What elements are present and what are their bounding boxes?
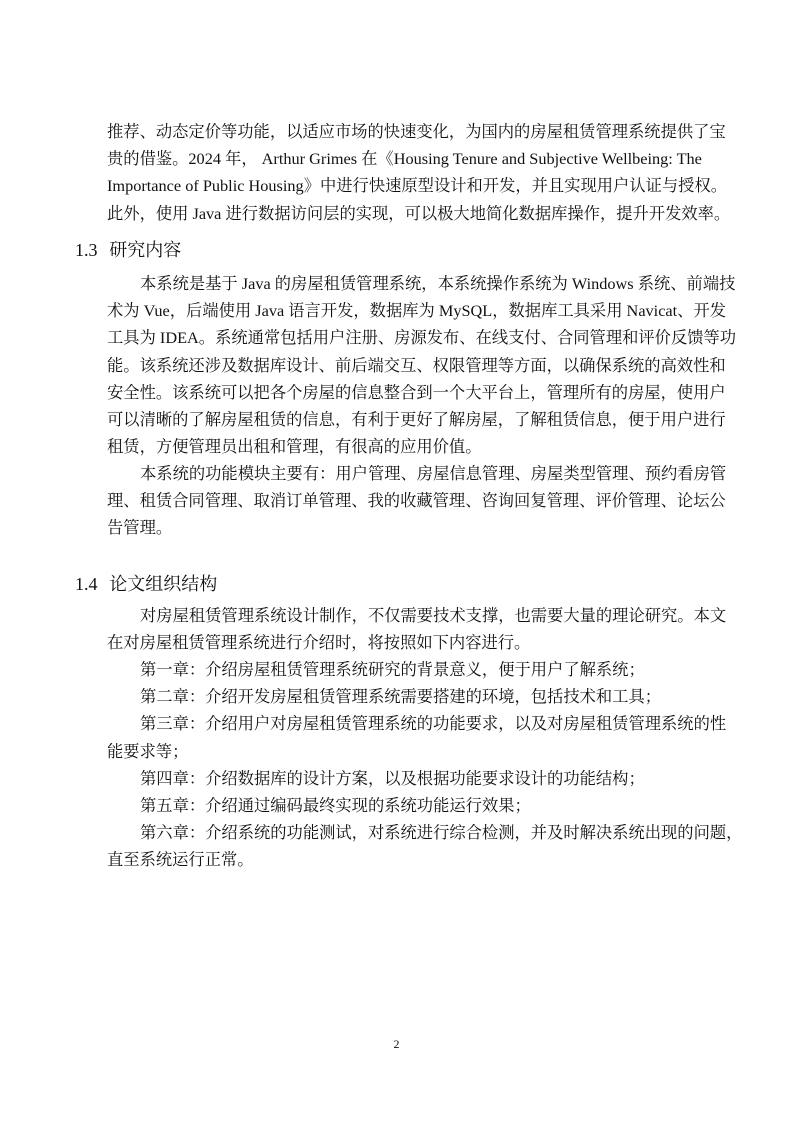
section-number: 1.4 (75, 574, 98, 594)
text-line: 能。该系统还涉及数据库设计、前后端交互、权限管理等方面，以确保系统的高效性和 (107, 352, 718, 379)
chapter-5-line: 第五章：介绍通过编码最终实现的系统功能运行效果； (107, 792, 718, 819)
text-line: 安全性。该系统可以把各个房屋的信息整合到一个大平台上，管理所有的房屋，使用户 (107, 379, 718, 406)
chapter-2-line: 第二章：介绍开发房屋租赁管理系统需要搭建的环境，包括技术和工具； (107, 683, 718, 710)
section-title: 论文组织结构 (109, 574, 217, 595)
section-1-3-paragraph-1: 本系统是基于 Java 的房屋租赁管理系统，本系统操作系统为 Windows 系… (107, 270, 718, 460)
text-line: 此外，使用 Java 进行数据访问层的实现，可以极大地简化数据库操作，提升开发效… (107, 200, 718, 227)
section-heading-1-3: 1.3 研究内容 (75, 236, 181, 262)
section-heading-1-4: 1.4 论文组织结构 (75, 570, 217, 596)
text-line: 理、租赁合同管理、取消订单管理、我的收藏管理、咨询回复管理、评价管理、论坛公 (107, 487, 718, 514)
section-1-4-intro: 对房屋租赁管理系统设计制作，不仅需要技术支撑，也需要大量的理论研究。本文 在对房… (107, 602, 718, 656)
section-number: 1.3 (75, 240, 98, 260)
text-line: 推荐、动态定价等功能，以适应市场的快速变化，为国内的房屋租赁管理系统提供了宝 (107, 118, 718, 145)
text-line: 告管理。 (107, 514, 718, 541)
intro-paragraph: 推荐、动态定价等功能，以适应市场的快速变化，为国内的房屋租赁管理系统提供了宝 贵… (107, 118, 718, 227)
text-line: 术为 Vue，后端使用 Java 语言开发，数据库为 MySQL，数据库工具采用… (107, 297, 718, 324)
text-line: 对房屋租赁管理系统设计制作，不仅需要技术支撑，也需要大量的理论研究。本文 (107, 602, 718, 629)
chapter-6-line-cont: 直至系统运行正常。 (107, 846, 718, 873)
chapter-6-line: 第六章：介绍系统的功能测试，对系统进行综合检测，并及时解决系统出现的问题， (107, 819, 718, 846)
section-1-3-paragraph-2: 本系统的功能模块主要有：用户管理、房屋信息管理、房屋类型管理、预约看房管 理、租… (107, 460, 718, 542)
section-title: 研究内容 (109, 240, 181, 261)
chapter-list: 第一章：介绍房屋租赁管理系统研究的背景意义，便于用户了解系统； 第二章：介绍开发… (107, 656, 718, 874)
text-line: 本系统的功能模块主要有：用户管理、房屋信息管理、房屋类型管理、预约看房管 (107, 460, 718, 487)
chapter-3-line-cont: 能要求等； (107, 738, 718, 765)
text-line: 在对房屋租赁管理系统进行介绍时，将按照如下内容进行。 (107, 629, 718, 656)
page-number: 2 (0, 1037, 793, 1052)
chapter-4-line: 第四章：介绍数据库的设计方案，以及根据功能要求设计的功能结构； (107, 765, 718, 792)
text-line: 租赁，方便管理员出租和管理，有很高的应用价值。 (107, 433, 718, 460)
chapter-3-line: 第三章：介绍用户对房屋租赁管理系统的功能要求，以及对房屋租赁管理系统的性 (107, 710, 718, 737)
text-line: 可以清晰的了解房屋租赁的信息，有利于更好了解房屋，了解租赁信息，便于用户进行 (107, 406, 718, 433)
text-line: 本系统是基于 Java 的房屋租赁管理系统，本系统操作系统为 Windows 系… (107, 270, 718, 297)
text-line: Importance of Public Housing》中进行快速原型设计和开… (107, 172, 718, 199)
text-line: 工具为 IDEA。系统通常包括用户注册、房源发布、在线支付、合同管理和评价反馈等… (107, 324, 718, 351)
chapter-1-line: 第一章：介绍房屋租赁管理系统研究的背景意义，便于用户了解系统； (107, 656, 718, 683)
text-line: 贵的借鉴。2024 年， Arthur Grimes 在《Housing Ten… (107, 145, 718, 172)
